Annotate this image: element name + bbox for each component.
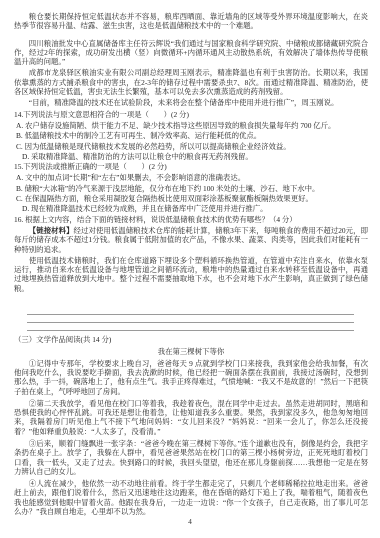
exam-page: 粮仓要长期保持恒定低温状态并不容易，粮库西晒面、靠近墙角的区域等受外界环境温度影… <box>0 0 380 538</box>
answer-line <box>27 315 354 323</box>
news-article: 粮仓要长期保持恒定低温状态并不容易，粮库西晒面、靠近墙角的区域等受外界环境温度影… <box>14 12 368 108</box>
page-content: 粮仓要长期保持恒定低温状态并不容易，粮库西晒面、靠近墙角的区域等受外界环境温度影… <box>0 0 380 516</box>
question-15-option-d: D. 现在精准降温技术已经较为成熟，并且在储备库中广泛使用并进行推广。 <box>14 204 368 213</box>
question-14-option-a: A. 农户储存设施简陋、烘干能力不足、缺少技术指导这些原因导致的粮食损失量每年约… <box>14 121 368 130</box>
question-14-option-c: C. 因为低温储粮是现代储粮技术发展的必然趋势，所以可以提高储粮企业经济效益。 <box>14 142 368 151</box>
linked-material-label: 【链接材料】 <box>29 226 74 235</box>
news-paragraph: 粮仓要长期保持恒定低温状态并不容易，粮库西晒面、靠近墙角的区域等受外界环境温度影… <box>14 12 368 31</box>
literature-paragraph-4: ④人流在减少，他依然一动不动地往前看。终于学生都走完了，只剩几个老师稀稀拉拉地走… <box>14 479 368 516</box>
question-15-option-a: A. 文中的加点词“长期”和“左右”如果删去，不会影响语意的准确表达。 <box>14 173 368 182</box>
question-16-stem: 16. 根据上文内容，结合下面的链接材料，说说低温储粮食技术的优势有哪些？（4 … <box>14 215 368 224</box>
literature-section: （三）文学作品阅读(共 14 分) 我在第三棵树下等你 ①记得中专那年，学校要求… <box>14 335 368 516</box>
question-14-option-b: B. 低温储粮技术中的制冷工艺有可再生、制冷效率高、运行能耗低的优点。 <box>14 131 368 140</box>
question-14-option-d: D. 采取精准降温、精准防治的方法可以让粮仓中的粮食再无药剂残留。 <box>14 152 368 161</box>
question-15-option-c: C. 在保温隔热方面，粮仓采用凝胶复合隔热板比使用双面彩涂基板聚氨酯板隔热效果更… <box>14 194 368 203</box>
literature-paragraph-2: ②第二天我放学，看见他在校门口等着我，我趁着夜色，混在同学中走过去。虽然走进胡同… <box>14 399 368 436</box>
question-16: 16. 根据上文内容，结合下面的链接材料，说说低温储粮食技术的优势有哪些？（4 … <box>14 215 368 293</box>
question-14: 14.下列说法与原文意思相符合的一项是（ ）(2 分) A. 农户储存设施简陋、… <box>14 110 368 161</box>
question-14-stem: 14.下列说法与原文意思相符合的一项是（ ）(2 分) <box>14 110 368 119</box>
linked-material-p1: 【链接材料】经过对使用低温储粮技术仓库的能耗计算，储粮3年下来，每吨粮食的费用不… <box>14 226 368 254</box>
news-paragraph: 四川粮油批发中心直属储备库主任符云辉说“我们通过与国家粮食科学研究院、中储粮成都… <box>14 39 368 67</box>
literature-section-header: （三）文学作品阅读(共 14 分) <box>14 335 368 344</box>
question-15-option-b: B. 储粮“大冰箱”的冷气来源于浅层地能，仅分布在地下约 100 米处的土壤、沙… <box>14 184 368 193</box>
literature-title: 我在第三棵树下等你 <box>14 347 368 356</box>
literature-paragraph-3: ③后来，顺着门缝飘进一张字条：“爸爸今晚在第三棵树下等你。”连个道歉也没有，倒像… <box>14 439 368 476</box>
page-number: 4 <box>0 517 380 526</box>
news-paragraph: 成都市龙泉驿区粮油实业有限公司副总经理周玉刚表示，精准降温也有利于虫害防治。长期… <box>14 68 368 96</box>
answer-lines <box>27 306 354 331</box>
literature-paragraph-1: ①记得中专那年，学校要求上晚自习，爸爸每天 9 点就到学校门口来接我，我到家他会… <box>14 359 368 396</box>
answer-line <box>27 306 354 315</box>
question-15: 15.下列说法或推断正确的一项是（ ）(2 分) A. 文中的加点词“长期”和“… <box>14 162 368 213</box>
question-15-stem: 15.下列说法或推断正确的一项是（ ）(2 分) <box>14 162 368 171</box>
news-paragraph: “目前，精准降温的技术还在试验阶段，未来将会在整个储备库中使用并进行推广”，周玉… <box>14 98 368 107</box>
linked-material-p2: 使用低温技术储粮时，我们在仓库道路下埋设多个塑料循环换热管道，在管道中充注自来水… <box>14 256 368 293</box>
answer-line <box>27 323 354 331</box>
